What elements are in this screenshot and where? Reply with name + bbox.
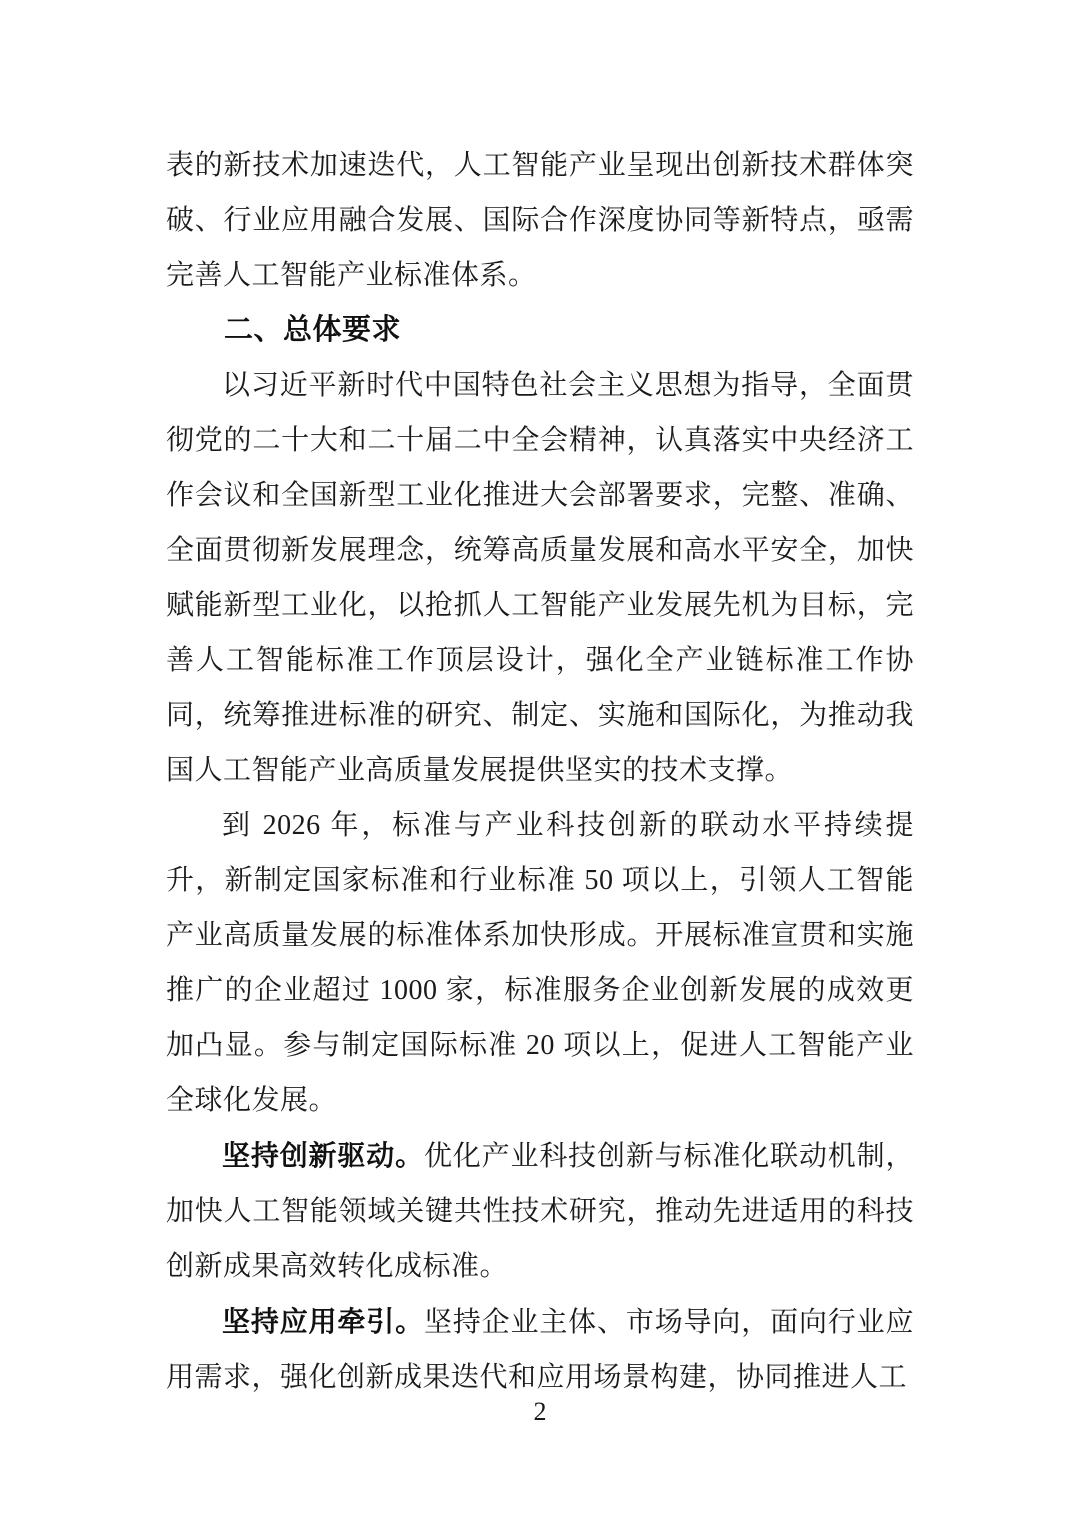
paragraph-guiding-ideology: 以习近平新时代中国特色社会主义思想为指导，全面贯彻党的二十大和二十届二中全会精神…	[166, 358, 914, 798]
paragraph-application-principle: 坚持应用牵引。坚持企业主体、市场导向，面向行业应用需求，强化创新成果迭代和应用场…	[166, 1294, 914, 1405]
innovation-principle-lead: 坚持创新驱动。	[222, 1140, 424, 1171]
document-body: 表的新技术加速迭代，人工智能产业呈现出创新技术群体突破、行业应用融合发展、国际合…	[166, 0, 914, 1405]
paragraph-2026-goals: 到 2026 年，标准与产业科技创新的联动水平持续提升，新制定国家标准和行业标准…	[166, 798, 914, 1128]
section-heading: 二、总体要求	[166, 303, 914, 358]
paragraph-innovation-principle: 坚持创新驱动。优化产业科技创新与标准化联动机制，加快人工智能领域关键共性技术研究…	[166, 1128, 914, 1294]
application-principle-lead: 坚持应用牵引。	[222, 1306, 424, 1337]
document-page: 表的新技术加速迭代，人工智能产业呈现出创新技术群体突破、行业应用融合发展、国际合…	[0, 0, 1080, 1527]
paragraph-continuation: 表的新技术加速迭代，人工智能产业呈现出创新技术群体突破、行业应用融合发展、国际合…	[166, 138, 914, 303]
page-number: 2	[0, 1398, 1080, 1426]
